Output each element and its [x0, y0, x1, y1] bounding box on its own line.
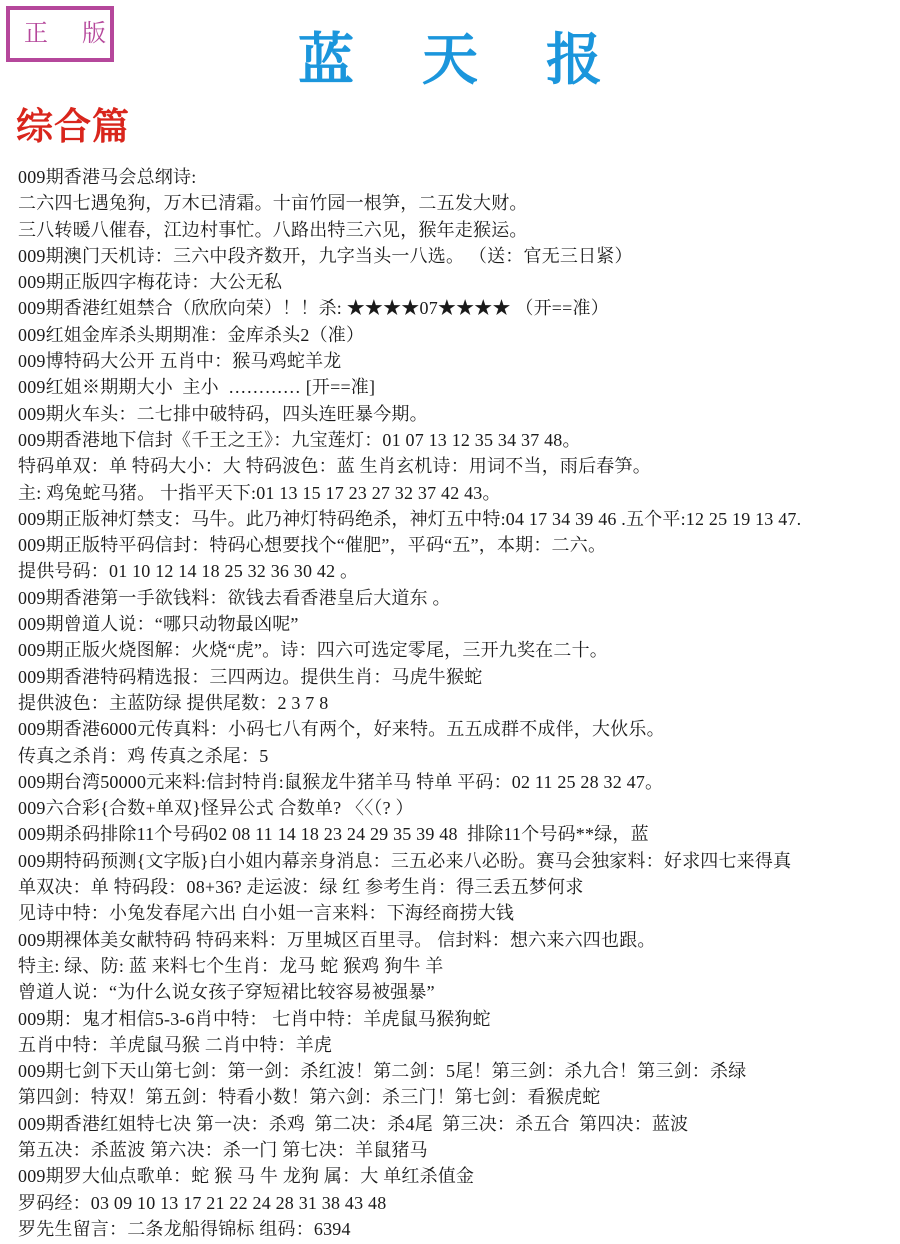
text-line: 009期澳门天机诗：三六中段齐数开，九字当头一八选。 （送：官无三日紧） — [18, 243, 900, 269]
text-line: 主: 鸡兔蛇马猪。 十指平天下:01 13 15 17 23 27 32 37 … — [18, 480, 900, 506]
text-line: 三八转暖八催春，江边村事忙。八路出特三六见，猴年走猴运。 — [18, 217, 900, 243]
text-line: 罗码经：03 09 10 13 17 21 22 24 28 31 38 43 … — [18, 1190, 900, 1216]
text-line: 009红姐※期期大小 主小 ………… [开==准] — [18, 374, 900, 400]
text-line: 第四剑：特双！第五剑：特看小数！第六剑：杀三门！第七剑：看猴虎蛇 — [18, 1084, 900, 1110]
page-title: 蓝天报 — [0, 16, 900, 96]
text-line: 009期正版四字梅花诗：大公无私 — [18, 269, 900, 295]
text-line: 009期曾道人说：“哪只动物最凶呢” — [18, 611, 900, 637]
text-line: 009六合彩{合数+单双}怪异公式 合数单? 〈〈（? ） — [18, 795, 900, 821]
text-line: 009期特码预测{文字版}白小姐内幕亲身消息：三五必来八必盼。赛马会独家料：好求… — [18, 848, 900, 874]
text-line: 009期香港地下信封《千王之王》：九宝莲灯：01 07 13 12 35 34 … — [18, 427, 900, 453]
text-line: 传真之杀肖：鸡 传真之杀尾：5 — [18, 743, 900, 769]
text-line: 第五决：杀蓝波 第六决：杀一门 第七决：羊鼠猪马 — [18, 1137, 900, 1163]
text-line: 单双决：单 特码段：08+36? 走运波：绿 红 参考生肖：得三丢五梦何求 — [18, 874, 900, 900]
text-line: 009期正版特平码信封：特码心想要找个“催肥”，平码“五”，本期：二六。 — [18, 532, 900, 558]
text-line: 009期：鬼才相信5-3-6肖中特： 七肖中特：羊虎鼠马猴狗蛇 — [18, 1006, 900, 1032]
text-line: 见诗中特：小兔发春尾六出 白小姐一言来料：下海经商捞大钱 — [18, 900, 900, 926]
text-line: 009红姐金库杀头期期准：金库杀头2（准） — [18, 322, 900, 348]
text-line: 009期香港红姐特七决 第一决：杀鸡 第二决：杀4尾 第三决：杀五合 第四决：蓝… — [18, 1111, 900, 1137]
text-line: 特主: 绿、防: 蓝 来料七个生肖：龙马 蛇 猴鸡 狗牛 羊 — [18, 953, 900, 979]
text-line: 罗先生留言：二条龙船得锦标 组码：6394 — [18, 1216, 900, 1242]
text-line: 009期裸体美女献特码 特码来料：万里城区百里寻。 信封料：想六来六四也跟。 — [18, 927, 900, 953]
text-line: 009期香港红姐禁合（欣欣向荣）！！杀: ★★★★07★★★★ （开==准） — [18, 295, 900, 321]
text-line: 特码单双：单 特码大小：大 特码波色：蓝 生肖玄机诗：用词不当，雨后春笋。 — [18, 453, 900, 479]
text-line: 提供波色：主蓝防绿 提供尾数：2 3 7 8 — [18, 690, 900, 716]
text-line: 009期香港马会总纲诗: — [18, 164, 900, 190]
tip-lines: 009期香港马会总纲诗: 二六四七遇兔狗，万木已清霜。十亩竹园一根笋，二五发大财… — [18, 164, 900, 1244]
lottery-tip-sheet: 正版 蓝天报 综合篇 009期香港马会总纲诗: 二六四七遇兔狗，万木已清霜。十亩… — [0, 0, 900, 1244]
text-line: 009期香港6000元传真料：小码七八有两个，好来特。五五成群不成伴，大伙乐。 — [18, 716, 900, 742]
text-line: 009期罗大仙点歌单：蛇 猴 马 牛 龙狗 属：大 单红杀值金 — [18, 1163, 900, 1189]
text-line: 009期香港第一手欲钱料：欲钱去看香港皇后大道东 。 — [18, 585, 900, 611]
text-line: 009期七剑下天山第七剑：第一剑：杀红波！第二剑：5尾！第三剑：杀九合！第三剑：… — [18, 1058, 900, 1084]
text-line: 009期台湾50000元来料:信封特肖:鼠猴龙牛猪羊马 特单 平码：02 11 … — [18, 769, 900, 795]
text-line: 009期正版神灯禁支：马牛。此乃神灯特码绝杀，神灯五中特:04 17 34 39… — [18, 506, 900, 532]
text-line: 二六四七遇兔狗，万木已清霜。十亩竹园一根笋，二五发大财。 — [18, 190, 900, 216]
text-line: 009期香港特码精选报：三四两边。提供生肖：马虎牛猴蛇 — [18, 664, 900, 690]
section-title: 综合篇 — [16, 96, 130, 150]
text-line: 009期火车头：二七排中破特码，四头连旺暴今期。 — [18, 401, 900, 427]
text-line: 009期杀码排除11个号码02 08 11 14 18 23 24 29 35 … — [18, 821, 900, 847]
text-line: 曾道人说：“为什么说女孩子穿短裙比较容易被强暴” — [18, 979, 900, 1005]
text-line: 009期正版火烧图解：火烧“虎”。诗：四六可选定零尾，三开九奖在二十。 — [18, 637, 900, 663]
text-line: 提供号码：01 10 12 14 18 25 32 36 30 42 。 — [18, 558, 900, 584]
text-line: 五肖中特：羊虎鼠马猴 二肖中特：羊虎 — [18, 1032, 900, 1058]
text-line: 009博特码大公开 五肖中：猴马鸡蛇羊龙 — [18, 348, 900, 374]
